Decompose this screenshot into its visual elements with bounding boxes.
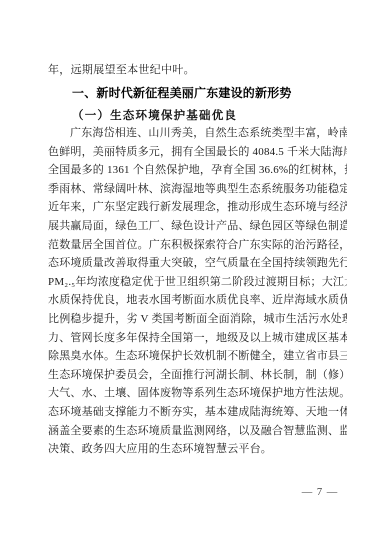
paragraph-line: 除黑臭水体。生态环境保护长效机制不断健全，建立省市县三级	[48, 347, 347, 366]
paragraph-continuation-line: 年，远期展望至本世纪中叶。	[48, 63, 348, 78]
paragraph-line: 力、管网长度多年保持全国第一，地级及以上城市建成区基本消	[48, 329, 347, 348]
section-heading: 一、新时代新征程美丽广东建设的新形势	[48, 85, 348, 102]
paragraph-line: 水质保持优良，地表水国考断面水质优良率、近岸海域水质优良	[48, 291, 347, 310]
paragraph-line: 色鲜明，美丽特质多元，拥有全国最长的 4084.5 千米大陆海岸线、	[48, 143, 347, 162]
subsection-heading: （一）生态环境保护基础优良	[48, 108, 348, 124]
body-paragraph: 广东海岱相连、山川秀美，自然生态系统类型丰富，岭南特色鲜明，美丽特质多元，拥有全…	[48, 124, 347, 459]
paragraph-line: 决策、政务四大应用的生态环境智慧云平台。	[48, 440, 347, 459]
document-page: 年，远期展望至本世纪中叶。 一、新时代新征程美丽广东建设的新形势 （一）生态环境…	[0, 0, 390, 551]
paragraph-line: 近年来，广东坚定践行新发展理念，推动形成生态环境与经济发	[48, 198, 347, 217]
paragraph-line: 比例稳步提升，劣 V 类国考断面全面消除，城市生活污水处理能	[48, 310, 347, 329]
paragraph-line: 态环境质量改善取得重大突破，空气质量在全国持续领跑先行，	[48, 254, 347, 273]
paragraph-line: 全国最多的 1361 个自然保护地，孕育全国 36.6%的红树林，热带	[48, 161, 347, 180]
paragraph-line: 范数量居全国首位。广东积极探索符合广东实际的治污路径，生	[48, 236, 347, 255]
page-number: — 7 —	[283, 486, 357, 500]
paragraph-line: 广东海岱相连、山川秀美，自然生态系统类型丰富，岭南特	[48, 124, 347, 143]
paragraph-line: PM₂.₅年均浓度稳定优于世卫组织第二阶段过渡期目标；大江大河	[48, 273, 347, 292]
paragraph-line: 展共赢局面，绿色工厂、绿色设计产品、绿色园区等绿色制造示	[48, 217, 347, 236]
paragraph-line: 季雨林、常绿阔叶林、滨海湿地等典型生态系统服务功能稳定。	[48, 180, 347, 199]
paragraph-line: 生态环境保护委员会，全面推行河湖长制、林长制，制（修）订	[48, 366, 347, 385]
paragraph-line: 涵盖全要素的生态环境质量监测网络，以及融合智慧监测、监管、	[48, 422, 347, 441]
paragraph-line: 大气、水、土壤、固体废物等系列生态环境保护地方性法规。生	[48, 384, 347, 403]
paragraph-line: 态环境基础支撑能力不断夯实，基本建成陆海统筹、天地一体、	[48, 403, 347, 422]
